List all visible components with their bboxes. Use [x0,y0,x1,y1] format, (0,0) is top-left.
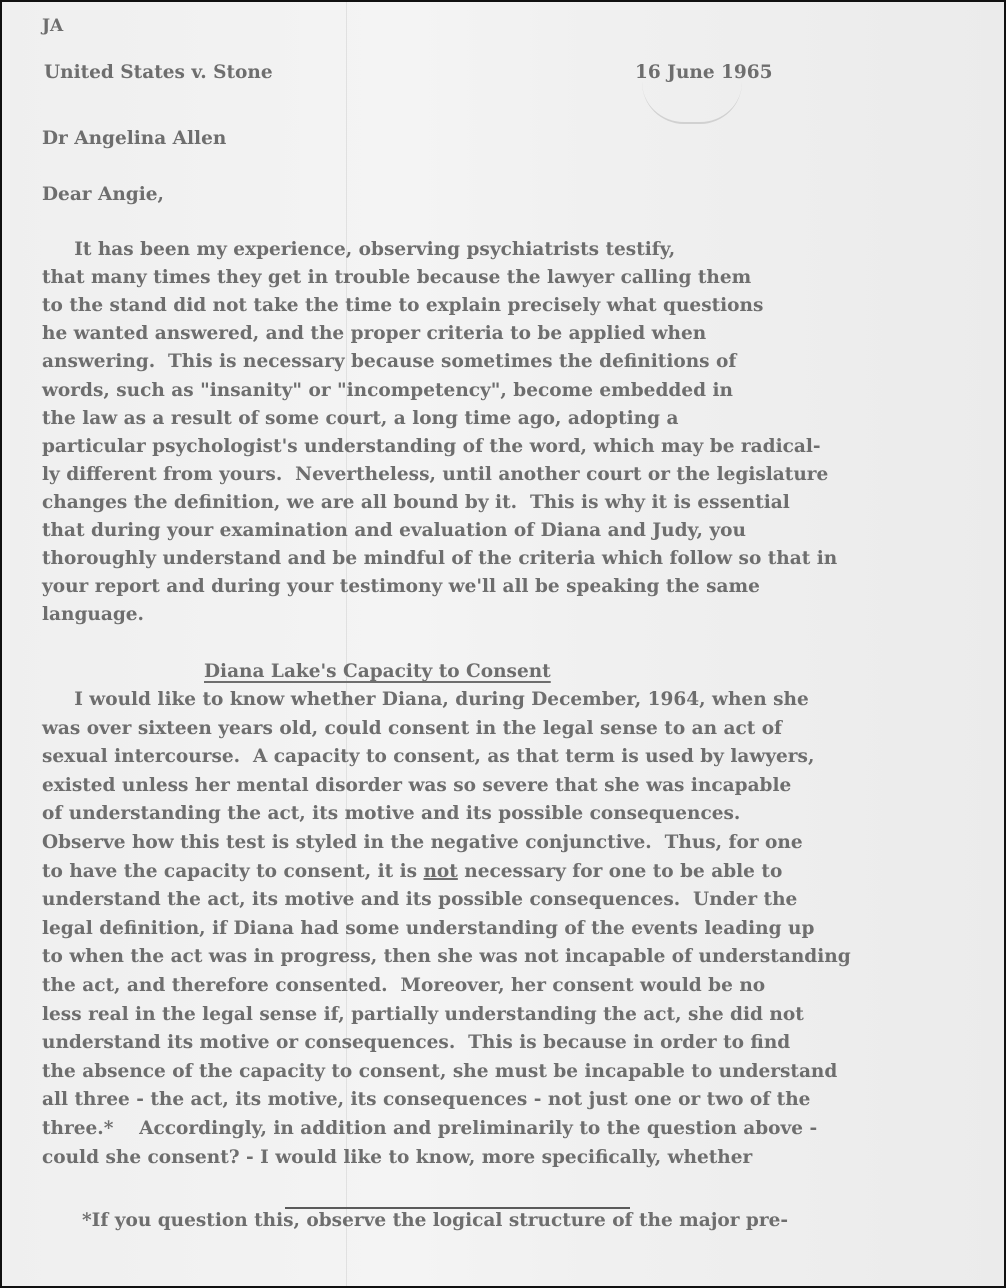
emphasized-word: not [423,861,457,882]
intro-line: that during your examination and evaluat… [42,520,746,541]
section-line: understand the act, its motive and its p… [42,889,797,910]
intro-line: he wanted answered, and the proper crite… [42,323,706,344]
intro-line: ly different from yours. Nevertheless, u… [42,464,828,485]
section-line: understand its motive or consequences. T… [42,1032,790,1053]
intro-line: to the stand did not take the time to ex… [42,295,763,316]
section-line: existed unless her mental disorder was s… [42,775,791,796]
intro-line: that many times they get in trouble beca… [42,267,751,288]
section-line: was over sixteen years old, could consen… [42,718,782,739]
addressee: Dr Angelina Allen [42,128,226,149]
section-line: sexual intercourse. A capacity to consen… [42,746,814,767]
section-line: three.* Accordingly, in addition and pre… [42,1118,817,1139]
intro-line: language. [42,604,144,625]
section-line: to when the act was in progress, then sh… [42,946,851,967]
intro-line: thoroughly understand and be mindful of … [42,548,837,569]
section-line: the act, and therefore consented. Moreov… [42,975,765,996]
section-line: of understanding the act, its motive and… [42,803,740,824]
typist-initials: JA [42,16,63,36]
intro-line: your report and during your testimony we… [42,576,760,597]
intro-line: particular psychologist's understanding … [42,436,821,457]
intro-line: changes the definition, we are all bound… [42,492,790,513]
footnote-rule [285,1207,630,1209]
section-line: all three - the act, its motive, its con… [42,1089,810,1110]
intro-line: words, such as "insanity" or "incompeten… [42,380,733,401]
section-heading: Diana Lake's Capacity to Consent [204,661,551,682]
section-line: could she consent? - I would like to kno… [42,1147,752,1168]
letter-page: JA United States v. Stone 16 June 1965 D… [0,0,1006,1288]
section-line: less real in the legal sense if, partial… [42,1004,804,1025]
section-line: to have the capacity to consent, it is n… [42,861,782,882]
intro-line: the law as a result of some court, a lon… [42,408,678,429]
letter-date: 16 June 1965 [635,62,773,83]
section-line: Observe how this test is styled in the n… [42,832,803,853]
section-line: legal definition, if Diana had some unde… [42,918,814,939]
case-title: United States v. Stone [44,62,273,83]
salutation: Dear Angie, [42,184,164,205]
section-line: the absence of the capacity to consent, … [42,1061,837,1082]
intro-line: It has been my experience, observing psy… [42,239,675,260]
section-line: I would like to know whether Diana, duri… [42,689,809,710]
footnote: *If you question this, observe the logic… [82,1210,788,1231]
faint-mark [642,82,742,124]
intro-line: answering. This is necessary because som… [42,351,736,372]
